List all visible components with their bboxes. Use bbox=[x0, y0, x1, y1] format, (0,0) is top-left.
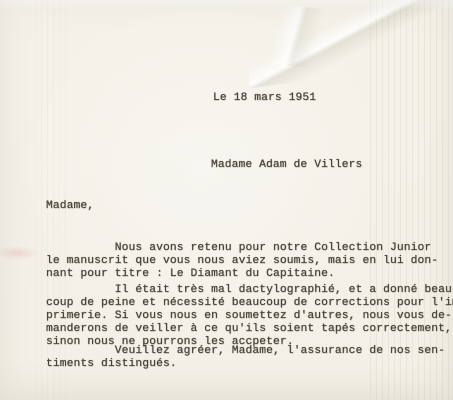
ink-smudge bbox=[0, 246, 40, 260]
paper-crease-top-edge bbox=[0, 0, 453, 10]
addressee-line: Madame Adam de Villers bbox=[211, 159, 362, 172]
salutation: Madame, bbox=[46, 200, 94, 213]
paragraph-closing-formula: Veuillez agréer, Madame, l'assurance de … bbox=[46, 345, 445, 371]
letter-page: Le 18 mars 1951 Madame Adam de Villers M… bbox=[0, 0, 453, 400]
paragraph-manuscript-accepted: Nous avons retenu pour notre Collection … bbox=[46, 242, 438, 281]
date-line: Le 18 mars 1951 bbox=[213, 92, 316, 105]
paragraph-typing-quality: Il était très mal dactylographié, et a d… bbox=[46, 284, 453, 349]
